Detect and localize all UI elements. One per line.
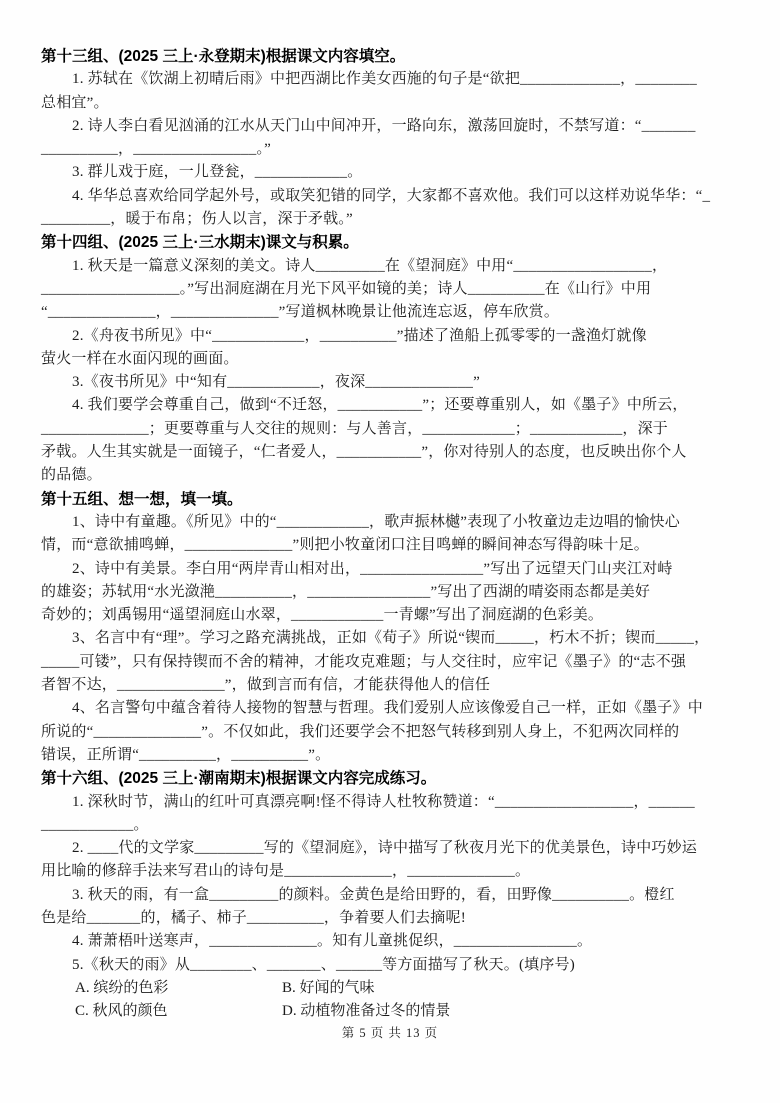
text-line: 4. 华华总喜欢给同学起外号，或取笑犯错的同学，大家都不喜欢他。我们可以这样劝说… [41, 185, 743, 208]
text-line: 矛戟。人生其实就是一面镜子，“仁者爱人，___________”，你对待别人的态… [41, 441, 743, 464]
text-line: 3. 秋天的雨，有一盒_________的颜料。金黄色是给田野的，看，田野像__… [41, 884, 743, 907]
text-line: _____可镂”，只有保持锲而不舍的精神，才能攻克难题；与人交往时，应牢记《墨子… [41, 651, 743, 674]
text-line: ____________。 [41, 814, 743, 837]
text-line: ______________；更要尊重与人交往的规则：与人善言，________… [41, 418, 743, 441]
option-item: B. 好闻的气味 [282, 977, 375, 1000]
text-line: 所说的“______________”。不仅如此，我们还要学会不把怒气转移到别人… [41, 721, 743, 744]
option-item: C. 秋风的颜色 [75, 1000, 282, 1023]
text-line: 1. 苏轼在《饮湖上初晴后雨》中把西湖比作美女西施的句子是“欲把________… [41, 68, 743, 91]
text-line: 用比喻的修辞手法来写君山的诗句是______________，_________… [41, 860, 743, 883]
text-line: 2、诗中有美景。李白用“两岸青山相对出，________________”写出了… [41, 558, 743, 581]
text-line: 2.《舟夜书所见》中“____________，__________”描述了渔船… [41, 325, 743, 348]
question-group: 第十五组、想一想，填一填。1、诗中有童趣。《所见》中的“____________… [41, 488, 743, 768]
text-line: 5.《秋天的雨》从________、_______、______等方面描写了秋天… [41, 954, 743, 977]
text-line: __________________。”写出洞庭湖在月光下风平如镜的美；诗人__… [41, 278, 743, 301]
text-line: 1. 秋天是一篇意义深刻的美文。诗人_________在《望洞庭》中用“____… [41, 255, 743, 278]
text-line: 1、诗中有童趣。《所见》中的“____________，歌声振林樾”表现了小牧童… [41, 511, 743, 534]
text-line: 的品德。 [41, 464, 743, 487]
text-line: 总相宜”。 [41, 92, 743, 115]
group-heading: 第十四组、(2025 三上·三水期末)课文与积累。 [41, 231, 743, 254]
page-footer: 第 5 页 共 13 页 [0, 1023, 780, 1041]
text-line: 错误，正所谓“__________，__________”。 [41, 744, 743, 767]
text-line: 2. ____代的文学家_________写的《望洞庭》，诗中描写了秋夜月光下的… [41, 837, 743, 860]
text-line: 的雄姿；苏轼用“水光潋滟__________，________________”… [41, 581, 743, 604]
question-group: 第十三组、(2025 三上·永登期末)根据课文内容填空。1. 苏轼在《饮湖上初晴… [41, 45, 743, 231]
text-line: 3、名言中有“理”。学习之路充满挑战，正如《荀子》所说“锲而_____，朽木不折… [41, 627, 743, 650]
option-item: A. 缤纷的色彩 [75, 977, 282, 1000]
text-line: 2. 诗人李白看见汹涌的江水从天门山中间冲开，一路向东，激荡回旋时，不禁写道：“… [41, 115, 743, 138]
options-row: A. 缤纷的色彩B. 好闻的气味 [41, 977, 743, 1000]
text-line: 奇妙的；刘禹锡用“遥望洞庭山水翠，____________一青螺”写出了洞庭湖的… [41, 604, 743, 627]
option-item: D. 动植物准备过冬的情景 [282, 1000, 450, 1023]
text-line: 3.《夜书所见》中“知有____________，夜深_____________… [41, 371, 743, 394]
text-line: _________，暖于布帛；伤人以言，深于矛戟。” [41, 208, 743, 231]
text-line: 萤火一样在水面闪现的画面。 [41, 348, 743, 371]
document-body: 第十三组、(2025 三上·永登期末)根据课文内容填空。1. 苏轼在《饮湖上初晴… [41, 45, 743, 1023]
text-line: 4. 萧萧梧叶送寒声，______________。知有儿童挑促织，______… [41, 930, 743, 953]
text-line: 1. 深秋时节，满山的红叶可真漂亮啊!怪不得诗人杜牧称赞道：“_________… [41, 791, 743, 814]
text-line: 情，而“意欲捕鸣蝉，______________”则把小牧童闭口注目鸣蝉的瞬间神… [41, 534, 743, 557]
text-line: __________，________________。” [41, 138, 743, 161]
text-line: 4、名言警句中蕴含着待人接物的智慧与哲理。我们爱别人应该像爱自己一样，正如《墨子… [41, 697, 743, 720]
text-line: 者智不达，______________”，做到言而有信，才能获得他人的信任 [41, 674, 743, 697]
document-page: 第十三组、(2025 三上·永登期末)根据课文内容填空。1. 苏轼在《饮湖上初晴… [0, 0, 780, 1103]
options-row: C. 秋风的颜色D. 动植物准备过冬的情景 [41, 1000, 743, 1023]
text-line: “______________，______________”写道枫林晚景让他流… [41, 301, 743, 324]
text-line: 4. 我们要学会尊重自己，做到“不迁怒，___________”；还要尊重别人，… [41, 394, 743, 417]
text-line: 色是给_______的，橘子、柿子__________，争着要人们去摘呢! [41, 907, 743, 930]
question-group: 第十四组、(2025 三上·三水期末)课文与积累。1. 秋天是一篇意义深刻的美文… [41, 231, 743, 487]
group-heading: 第十五组、想一想，填一填。 [41, 488, 743, 511]
text-line: 3. 群儿戏于庭，一儿登瓮，____________。 [41, 161, 743, 184]
question-group: 第十六组、(2025 三上·潮南期末)根据课文内容完成练习。1. 深秋时节，满山… [41, 767, 743, 1023]
group-heading: 第十六组、(2025 三上·潮南期末)根据课文内容完成练习。 [41, 767, 743, 790]
group-heading: 第十三组、(2025 三上·永登期末)根据课文内容填空。 [41, 45, 743, 68]
